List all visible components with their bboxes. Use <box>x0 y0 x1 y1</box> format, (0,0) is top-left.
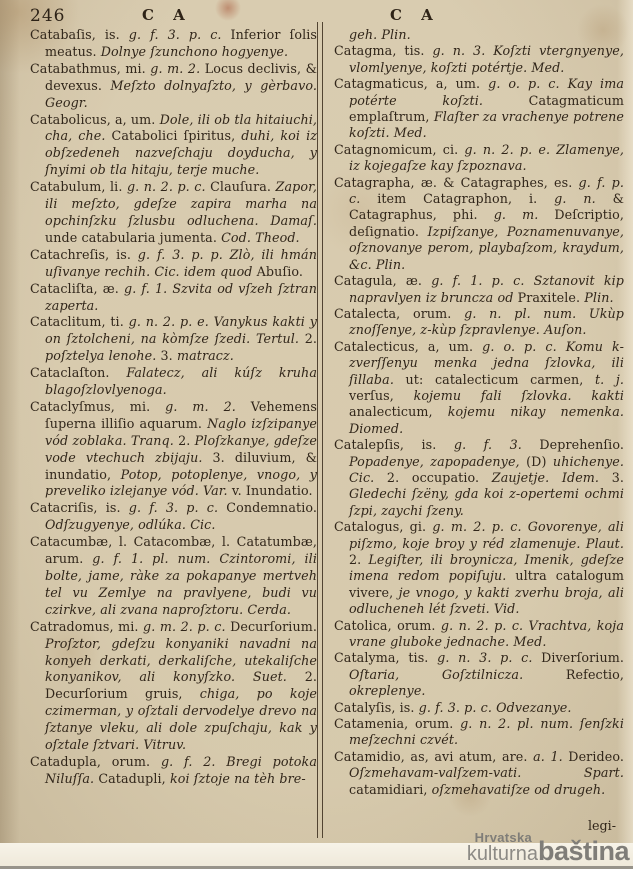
watermark-word-bastina: baština <box>538 836 629 866</box>
entry-segment: koi ſztoje na tèh bre- <box>170 771 306 786</box>
dictionary-entry: Catacriſis, is. g. f. 3. p. c. Condemnat… <box>30 500 317 534</box>
entry-segment: Catagula, æ. <box>334 273 431 288</box>
entry-segment: Catabathmus, mi. <box>30 61 150 76</box>
entry-segment: g. f. 3. <box>454 437 540 452</box>
scanned-page: 246 C A C A Catabaſis, is. g. f. 3. p. c… <box>0 0 633 869</box>
entry-segment: Abuſio. <box>257 264 303 279</box>
entry-segment: Catalyma, tis. <box>334 650 437 665</box>
entry-segment: Catabolici ſpiritus, <box>112 128 242 143</box>
entry-segment: 2. <box>305 331 317 346</box>
entry-segment: Catolica, orum. <box>334 618 441 633</box>
dictionary-entry: Catachreſis, is. g. f. 3. p. p. Zlò, ili… <box>30 247 317 281</box>
entry-segment: g. m. 2. <box>150 61 204 76</box>
entry-segment: poſztelya lenohe. <box>45 348 161 363</box>
entry-segment: geh. Plin. <box>349 27 411 42</box>
entry-segment: Catabaſis, is. <box>30 27 129 42</box>
entry-segment: g. n. 2. p. c. <box>127 179 210 194</box>
dictionary-entry: Catagrapha, æ. & Catagraphes, es. g. f. … <box>334 175 624 273</box>
entry-segment: Refectio, <box>566 667 624 682</box>
entry-segment: oſzmehavatiſze od drugeh. <box>432 782 606 797</box>
entry-segment: 3. <box>161 348 177 363</box>
entry-segment: Catacliſta, æ. <box>30 281 124 296</box>
dictionary-entry: Catalecticus, a, um. g. o. p. c. Komu k-… <box>334 339 624 437</box>
entry-segment: Zaujetje. Idem. <box>492 470 612 485</box>
entry-segment: Catalecticus, a, um. <box>334 339 482 354</box>
dictionary-entry: Catalyſis, is. g. f. 3. p. c. Odvezanye. <box>334 700 624 716</box>
entry-segment: Gledechi ſzëny, gda koi z-opertemi ochmi… <box>349 486 624 517</box>
entry-segment: Cod. Theod. <box>221 230 300 245</box>
entry-segment: Condemnatio. <box>226 500 317 515</box>
dictionary-entry: Catabaſis, is. g. f. 3. p. c. Inferior ſ… <box>30 27 317 61</box>
entry-segment: Clauſura. <box>210 179 275 194</box>
entry-segment: Catagrapha, æ. & Catagraphes, es. <box>334 175 579 190</box>
entry-segment: Catalyſis, is. <box>334 700 419 715</box>
dictionary-entry: Catagmaticus, a, um. g. o. p. c. Kay ima… <box>334 76 624 142</box>
entry-segment: Dolnye ſzunchono hogyenye. <box>101 44 288 59</box>
entry-segment: Cataclitum, ti. <box>30 314 129 329</box>
entry-segment: Catagnomicum, ci. <box>334 142 464 157</box>
running-title-right: C A <box>390 6 440 24</box>
dictionary-entry: Catalecta, orum. g. n. pl. num. Ukùp zno… <box>334 306 624 339</box>
entry-segment: Oſtaria, Goſztilnicza. <box>349 667 566 682</box>
entry-segment: unde catabularia jumenta. <box>45 230 221 245</box>
right-column: geh. Plin.Catagma, tis. g. n. 3. Koſzti … <box>334 27 624 833</box>
entry-segment: Catabulum, li. <box>30 179 127 194</box>
entry-segment: Catamidio, as, avi atum, are. <box>334 749 533 764</box>
entry-segment: Praxitele. <box>518 290 585 305</box>
entry-segment: matracz. <box>177 348 234 363</box>
entry-segment: 2. <box>178 433 195 448</box>
entry-segment: a. 1. <box>533 749 568 764</box>
dictionary-entry: Catabolicus, a, um. Dole, ili ob tla hit… <box>30 112 317 180</box>
entry-segment: Derideo. <box>568 749 624 764</box>
entry-segment: Catagma, tis. <box>334 43 432 58</box>
entry-segment: Catalogus, gi. <box>334 519 432 534</box>
entry-segment: Catalecta, orum. <box>334 306 464 321</box>
entry-segment: Catradomus, mi. <box>30 619 143 634</box>
entry-segment: Diverſorium. <box>541 650 624 665</box>
entry-segment: 2. occupatio. <box>387 470 492 485</box>
page-number: 246 <box>30 6 65 26</box>
entry-segment: Popadenye, zapopadenye, <box>349 454 526 469</box>
entry-segment: t. j. <box>595 372 624 387</box>
entry-segment: Catalepſis, is. <box>334 437 454 452</box>
entry-segment: Catamenia, orum. <box>334 716 460 731</box>
dictionary-entry: Catamidio, as, avi atum, are. a. 1. Deri… <box>334 749 624 798</box>
entry-segment: Catachreſis, is. <box>30 247 138 262</box>
entry-segment: Cataclyſmus, mi. <box>30 399 165 414</box>
column-divider <box>317 22 323 838</box>
watermark-word-kulturna: kulturna <box>467 843 538 865</box>
entry-segment: Deprehenſio. <box>539 437 624 452</box>
dictionary-entry: Cataclaſton. Falatecz, ali kúſz kruha bl… <box>30 365 317 399</box>
entry-segment: g. m. <box>494 207 555 222</box>
entry-segment: Catadupla, orum. <box>30 754 161 769</box>
dictionary-entry: Catagnomicum, ci. g. n. 2. p. e. Zlameny… <box>334 142 624 175</box>
entry-segment: g. n. <box>554 191 612 206</box>
entry-segment: Cataclaſton. <box>30 365 126 380</box>
entry-segment: g. m. 2. p. c. <box>143 619 230 634</box>
dictionary-entry: Catamenia, orum. g. n. 2. pl. num. ſenſz… <box>334 716 624 749</box>
entry-segment: ut: catalecticum carmen, <box>406 372 595 387</box>
dictionary-entry: Cataclitum, ti. g. n. 2. p. e. Vanykus k… <box>30 314 317 365</box>
dictionary-entry: Catalepſis, is. g. f. 3. Deprehenſio. Po… <box>334 437 624 519</box>
entry-segment: Oſzmehavam-valſzem-vati. Spart. <box>349 765 624 780</box>
entry-segment: Catagmaticus, a, um. <box>334 76 488 91</box>
entry-segment: item Catagraphon, i. <box>377 191 554 206</box>
entry-segment: Decurſorium. <box>230 619 317 634</box>
dictionary-entry: Catacumbæ, l. Catacombæ, l. Catatumbæ, a… <box>30 534 317 619</box>
entry-segment: analecticum, <box>349 404 448 419</box>
entry-segment: kojemu fali ſzlovka. kakti <box>414 388 624 403</box>
entry-segment: Catabolicus, a, um. <box>30 112 160 127</box>
entry-segment: verſus, <box>349 388 414 403</box>
entry-segment: 2. <box>349 552 368 567</box>
entry-segment: catamidiari, <box>349 782 432 797</box>
dictionary-entry: Catadupla, orum. g. f. 2. Bregi potoka N… <box>30 754 317 788</box>
entry-segment: Proſztor, gdeſzu konyaniki navadni na ko… <box>45 636 317 685</box>
entry-segment: g. f. 3. p. c. <box>129 500 227 515</box>
dictionary-entry: Catalyma, tis. g. n. 3. p. c. Diverſoriu… <box>334 650 624 699</box>
dictionary-entry: Catradomus, mi. g. m. 2. p. c. Decurſori… <box>30 619 317 754</box>
dictionary-entry: Catabathmus, mi. g. m. 2. Locus declivis… <box>30 61 317 112</box>
dictionary-entry: Catagma, tis. g. n. 3. Koſzti vtergnyeny… <box>334 43 624 76</box>
entry-continuation: geh. Plin. <box>334 27 624 43</box>
entry-segment: v. Inundatio. <box>232 483 313 498</box>
entry-segment: Catacriſis, is. <box>30 500 129 515</box>
dictionary-entry: Catabulum, li. g. n. 2. p. c. Clauſura. … <box>30 179 317 247</box>
dictionary-entry: Catolica, orum. g. n. 2. p. c. Vrachtva,… <box>334 618 624 651</box>
entry-segment: okreplenye. <box>349 683 426 698</box>
watermark-text-main: kulturnabaština <box>467 836 629 867</box>
entry-segment: g. f. 3. p. c. Odvezanye. <box>419 700 572 715</box>
dictionary-entry: Cataclyſmus, mi. g. m. 2. Vehemens ſuper… <box>30 399 317 500</box>
running-title-left: C A <box>142 6 192 24</box>
entry-segment: (D) <box>526 454 553 469</box>
entry-segment: g. m. 2. <box>165 399 251 414</box>
entry-segment: 3. <box>612 470 624 485</box>
dictionary-entry: Catagula, æ. g. f. 1. p. c. Sztanovit ki… <box>334 273 624 306</box>
dictionary-entry: Catalogus, gi. g. m. 2. p. c. Govorenye,… <box>334 519 624 617</box>
entry-segment: Catadupli, <box>98 771 170 786</box>
left-column: Catabaſis, is. g. f. 3. p. c. Inferior ſ… <box>30 27 317 833</box>
entry-segment: Plin. <box>584 290 613 305</box>
dictionary-entry: Catacliſta, æ. g. f. 1. Szvita od vſzeh … <box>30 281 317 315</box>
entry-segment: Odſzugyenye, odlúka. Cic. <box>45 517 216 532</box>
entry-segment: g. n. 3. p. c. <box>437 650 541 665</box>
entry-segment: g. f. 3. p. c. <box>129 27 231 42</box>
